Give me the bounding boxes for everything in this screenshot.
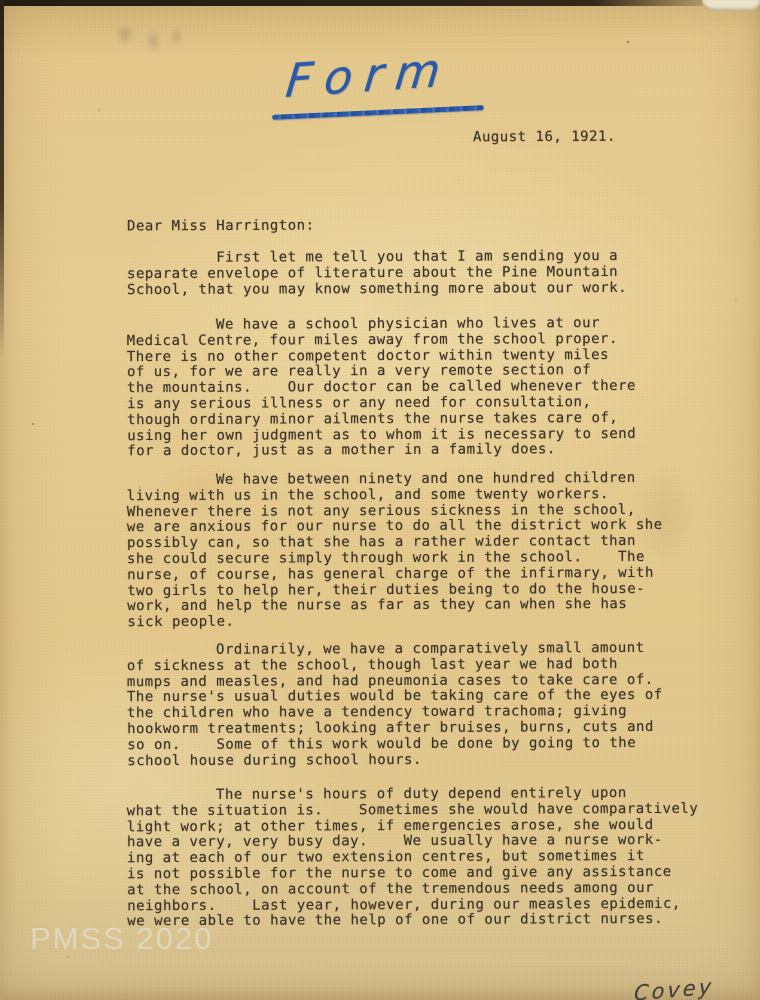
handwritten-note-covey: Covey [634, 974, 715, 1000]
letter-salutation: Dear Miss Harrington: [127, 219, 315, 236]
letter-paragraph-5: The nurse's hours of duty depend entirel… [127, 786, 699, 931]
scanned-letter-page: Form August 16, 1921. Dear Miss Harringt… [0, 0, 760, 1000]
handwritten-form-label: Form [283, 42, 455, 108]
letter-paragraph-3: We have between ninety and one hundred c… [127, 471, 663, 631]
pmss-archive-watermark: PMSS 2020 [30, 921, 213, 957]
letter-paragraph-4: Ordinarily, we have a comparatively smal… [127, 641, 663, 770]
form-label-underline [272, 105, 484, 120]
paper-top-edge-shadow [0, 0, 760, 6]
letter-paragraph-1: First let me tell you that I am sending … [127, 249, 627, 299]
paper-left-edge-shadow [0, 0, 4, 360]
paper-torn-notch [702, 0, 760, 11]
letter-date: August 16, 1921. [473, 130, 616, 146]
letter-paragraph-2: We have a school physician who lives at … [127, 316, 637, 460]
erased-pencil-smudge [106, 16, 192, 62]
